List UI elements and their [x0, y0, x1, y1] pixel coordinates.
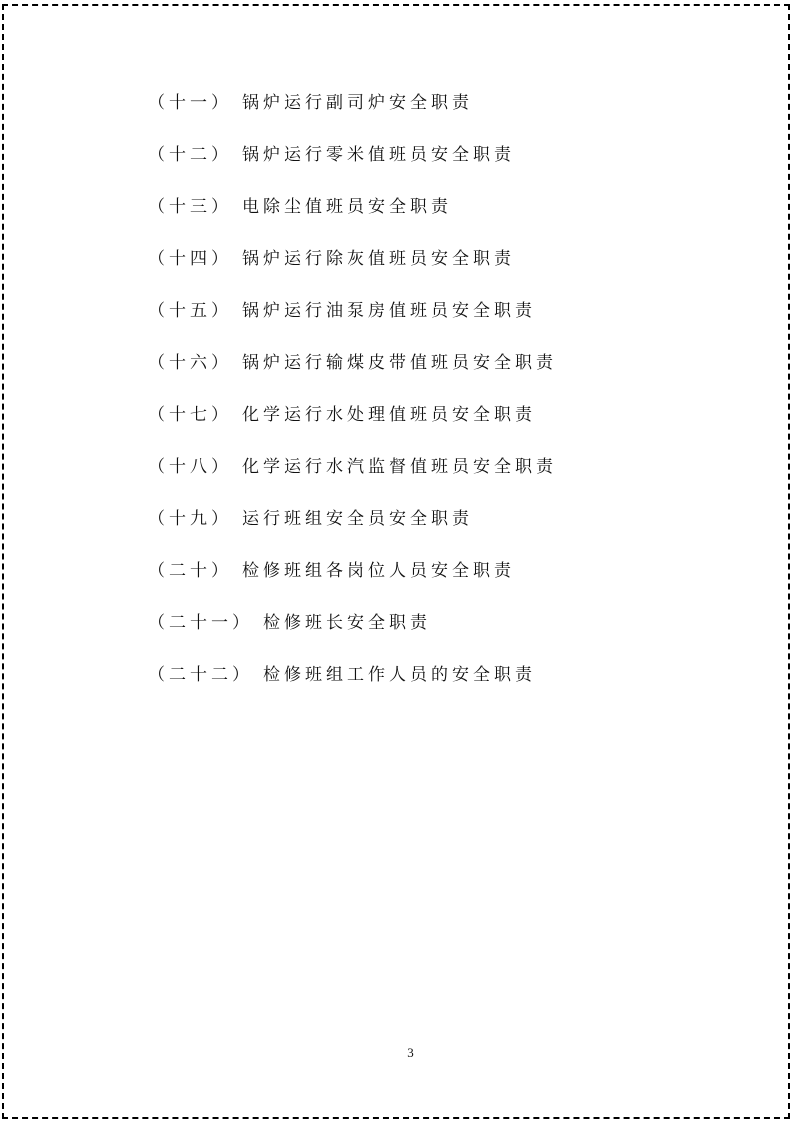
toc-item: （十六）锅炉运行输煤皮带值班员安全职责	[148, 337, 753, 389]
toc-item-title: 化学运行水汽监督值班员安全职责	[242, 441, 557, 493]
toc-item-title: 运行班组安全员安全职责	[242, 493, 473, 545]
toc-item: （十九）运行班组安全员安全职责	[148, 493, 753, 545]
toc-item: （二十二）检修班组工作人员的安全职责	[148, 649, 753, 701]
toc-item: （十二）锅炉运行零米值班员安全职责	[148, 129, 753, 181]
toc-item-number: （十五）	[148, 285, 232, 337]
toc-item-title: 检修班长安全职责	[263, 597, 431, 649]
toc-item-number: （十一）	[148, 77, 232, 129]
toc-item-number: （十四）	[148, 233, 232, 285]
page-number: 3	[407, 1045, 414, 1061]
toc-item: （十一）锅炉运行副司炉安全职责	[148, 77, 753, 129]
toc-item: （十三）电除尘值班员安全职责	[148, 181, 753, 233]
toc-item-title: 锅炉运行副司炉安全职责	[242, 77, 473, 129]
toc-list: （十一）锅炉运行副司炉安全职责 （十二）锅炉运行零米值班员安全职责 （十三）电除…	[148, 77, 753, 701]
toc-item-title: 检修班组工作人员的安全职责	[263, 649, 536, 701]
toc-item-title: 锅炉运行除灰值班员安全职责	[242, 233, 515, 285]
toc-item: （二十一）检修班长安全职责	[148, 597, 753, 649]
toc-item-title: 锅炉运行油泵房值班员安全职责	[242, 285, 536, 337]
page-footer: 3	[0, 1044, 793, 1062]
toc-item-title: 锅炉运行零米值班员安全职责	[242, 129, 515, 181]
toc-item-number: （二十）	[148, 545, 232, 597]
toc-item-title: 锅炉运行输煤皮带值班员安全职责	[242, 337, 557, 389]
toc-item: （二十）检修班组各岗位人员安全职责	[148, 545, 753, 597]
toc-item-number: （十九）	[148, 493, 232, 545]
toc-item-number: （十三）	[148, 181, 232, 233]
toc-item-title: 电除尘值班员安全职责	[242, 181, 452, 233]
toc-item-number: （十六）	[148, 337, 232, 389]
toc-item-number: （十二）	[148, 129, 232, 181]
toc-item: （十四）锅炉运行除灰值班员安全职责	[148, 233, 753, 285]
toc-item: （十七）化学运行水处理值班员安全职责	[148, 389, 753, 441]
toc-item-title: 检修班组各岗位人员安全职责	[242, 545, 515, 597]
toc-item: （十八）化学运行水汽监督值班员安全职责	[148, 441, 753, 493]
document-content: （十一）锅炉运行副司炉安全职责 （十二）锅炉运行零米值班员安全职责 （十三）电除…	[148, 77, 753, 701]
toc-item-number: （二十二）	[148, 649, 253, 701]
toc-item-title: 化学运行水处理值班员安全职责	[242, 389, 536, 441]
toc-item: （十五）锅炉运行油泵房值班员安全职责	[148, 285, 753, 337]
toc-item-number: （二十一）	[148, 597, 253, 649]
toc-item-number: （十八）	[148, 441, 232, 493]
toc-item-number: （十七）	[148, 389, 232, 441]
document-page: （十一）锅炉运行副司炉安全职责 （十二）锅炉运行零米值班员安全职责 （十三）电除…	[0, 0, 793, 1122]
